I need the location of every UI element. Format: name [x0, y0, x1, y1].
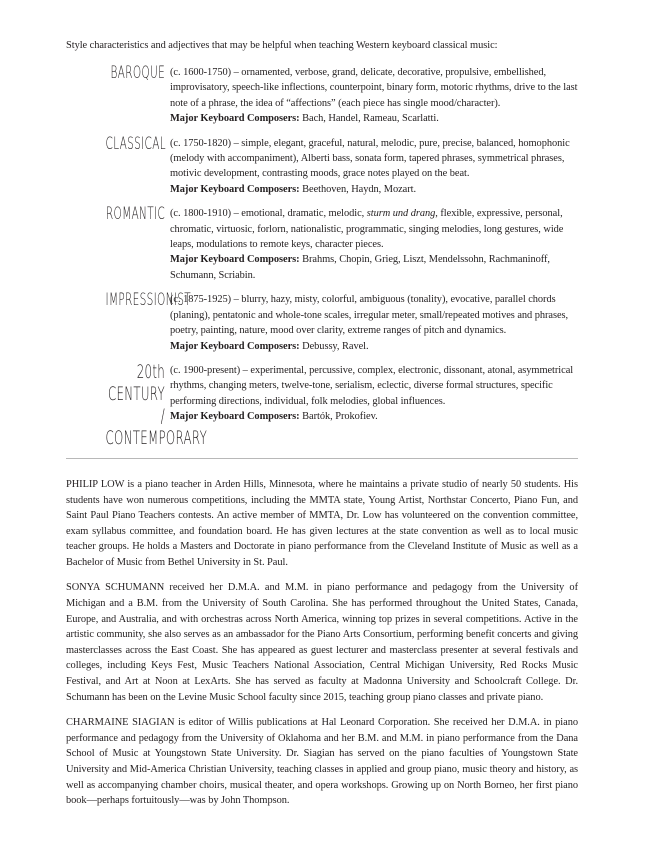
composers-list: Debussy, Ravel.: [302, 341, 368, 352]
bio-text: received her D.M.A. and M.M. in piano pe…: [66, 582, 578, 702]
composers-label: Major Keyboard Composers:: [170, 341, 300, 352]
bio-text: is editor of Willis publications at Hal …: [66, 717, 578, 806]
composers-label: Major Keyboard Composers:: [170, 411, 300, 422]
style-dates: (c. 1600-1750) –: [170, 67, 239, 78]
document-page: Style characteristics and adjectives tha…: [66, 38, 578, 819]
composers-list: Beethoven, Haydn, Mozart.: [302, 184, 416, 195]
style-heading: 20th CENTURY / CONTEMPORARY: [106, 361, 170, 449]
composers-label: Major Keyboard Composers:: [170, 254, 300, 265]
style-description: (c. 1750-1820) – simple, elegant, gracef…: [170, 136, 578, 198]
style-characteristics-list: BAROQUE (c. 1600-1750) – ornamented, ver…: [66, 65, 578, 449]
composers-list: Bach, Handel, Rameau, Scarlatti.: [302, 113, 439, 124]
style-adjectives: emotional, dramatic, melodic,: [239, 208, 367, 219]
style-italic-term: sturm und drang: [367, 208, 436, 219]
bio-name: CHARMAINE SIAGIAN: [66, 717, 175, 728]
style-dates: (c. 1750-1820) –: [170, 138, 239, 149]
style-row-impressionist: IMPRESSIONIST (c. 1875-1925) – blurry, h…: [66, 292, 578, 354]
style-description: (c. 1600-1750) – ornamented, verbose, gr…: [170, 65, 578, 127]
style-row-classical: CLASSICAL (c. 1750-1820) – simple, elega…: [66, 136, 578, 198]
bio-charmaine-siagian: CHARMAINE SIAGIAN is editor of Willis pu…: [66, 715, 578, 809]
style-dates: (c. 1900-present) –: [170, 365, 248, 376]
style-row-baroque: BAROQUE (c. 1600-1750) – ornamented, ver…: [66, 65, 578, 127]
intro-text: Style characteristics and adjectives tha…: [66, 38, 578, 53]
composers-list: Bartók, Prokofiev.: [302, 411, 377, 422]
style-heading: CLASSICAL: [106, 135, 170, 153]
bio-text: is a piano teacher in Arden Hills, Minne…: [66, 479, 578, 568]
bio-philip-low: PHILIP LOW is a piano teacher in Arden H…: [66, 477, 578, 571]
style-description: (c. 1875-1925) – blurry, hazy, misty, co…: [170, 292, 578, 354]
style-description: (c. 1800-1910) – emotional, dramatic, me…: [170, 206, 578, 283]
bio-name: SONYA SCHUMANN: [66, 582, 164, 593]
style-heading: BAROQUE: [106, 64, 170, 82]
author-bios: PHILIP LOW is a piano teacher in Arden H…: [66, 477, 578, 809]
composers-label: Major Keyboard Composers:: [170, 113, 300, 124]
style-description: (c. 1900-present) – experimental, percus…: [170, 363, 578, 425]
style-heading: IMPRESSIONIST: [106, 291, 170, 309]
style-dates: (c. 1800-1910) –: [170, 208, 239, 219]
style-row-romantic: ROMANTIC (c. 1800-1910) – emotional, dra…: [66, 206, 578, 283]
composers-label: Major Keyboard Composers:: [170, 184, 300, 195]
bio-name: PHILIP LOW: [66, 479, 124, 490]
section-divider: [66, 458, 578, 459]
style-row-20th-century: 20th CENTURY / CONTEMPORARY (c. 1900-pre…: [66, 363, 578, 449]
bio-sonya-schumann: SONYA SCHUMANN received her D.M.A. and M…: [66, 580, 578, 705]
style-heading: ROMANTIC: [106, 205, 170, 223]
